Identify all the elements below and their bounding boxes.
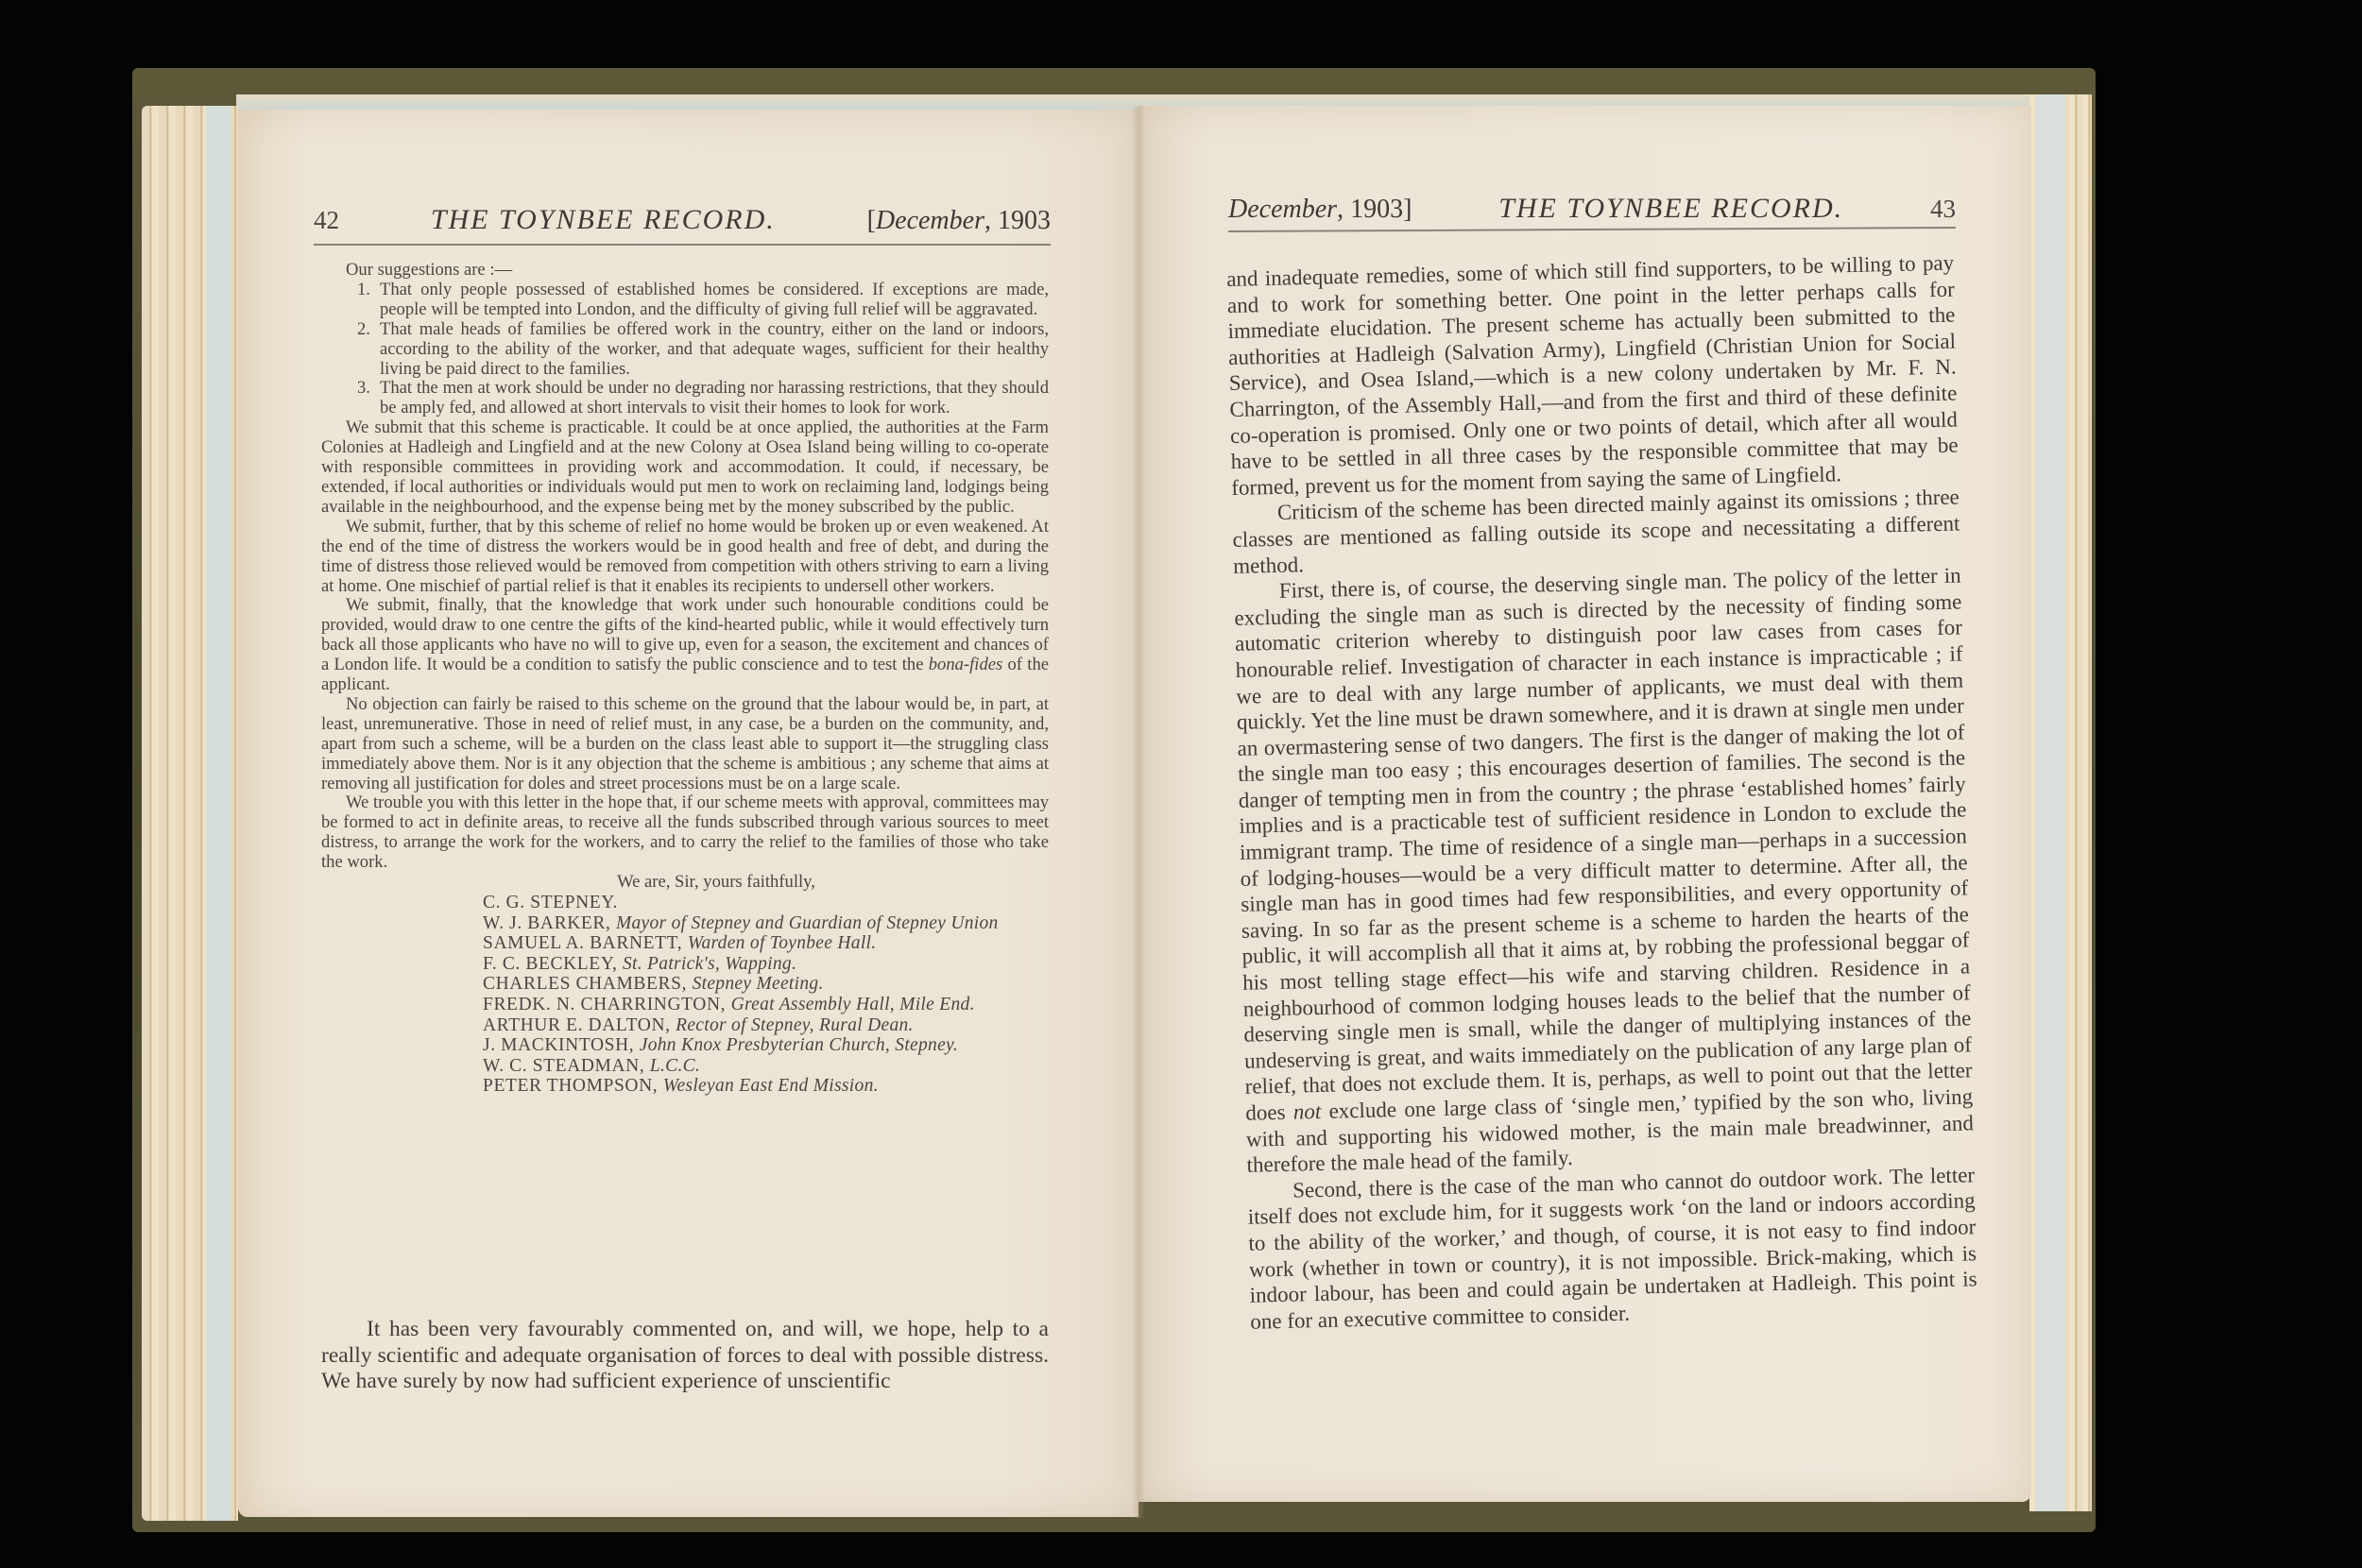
- letter-body: Our suggestions are :— 1.That only peopl…: [321, 261, 1049, 1097]
- signatory: FREDK. N. CHARRINGTON, Great Assembly Ha…: [321, 995, 1049, 1015]
- page-edge-blue: [2035, 94, 2065, 1511]
- signatory: J. MACKINTOSH, John Knox Presbyterian Ch…: [321, 1035, 1049, 1056]
- paragraph: We submit, finally, that the knowledge t…: [321, 596, 1049, 695]
- paragraph: We submit, further, that by this scheme …: [321, 518, 1049, 597]
- header-rule: [1228, 227, 1956, 232]
- suggestion-item: 1.That only people possessed of establis…: [321, 281, 1049, 320]
- header-rule: [314, 244, 1051, 246]
- signatory: SAMUEL A. BARNETT, Warden of Toynbee Hal…: [321, 933, 1049, 954]
- page-edge-blue: [206, 106, 231, 1521]
- suggestions-list: 1.That only people possessed of establis…: [321, 281, 1049, 418]
- paragraph: We trouble you with this letter in the h…: [321, 793, 1049, 873]
- page-stack-right: [2029, 94, 2092, 1511]
- suggestion-item: 3.That the men at work should be under n…: [321, 379, 1049, 418]
- signatory: CHARLES CHAMBERS, Stepney Meeting.: [321, 974, 1049, 995]
- journal-title: THE TOYNBEE RECORD.: [1498, 193, 1843, 225]
- paragraph: We submit that this scheme is practicabl…: [321, 418, 1049, 518]
- book-gutter: [1132, 106, 1145, 1518]
- left-page: 42 THE TOYNBEE RECORD. [December, 1903 O…: [238, 110, 1138, 1517]
- article-body: and inadequate remedies, some of which s…: [1226, 250, 1977, 1336]
- page-number: 43: [1930, 195, 1956, 224]
- signatory: F. C. BECKLEY, St. Patrick's, Wapping.: [321, 954, 1049, 975]
- closing-line: We are, Sir, yours faithfully,: [321, 873, 1049, 893]
- signatory: W. J. BARKER, Mayor of Stepney and Guard…: [321, 913, 1049, 934]
- suggestion-item: 2.That male heads of families be offered…: [321, 320, 1049, 380]
- running-head-right: December, 1903] THE TOYNBEE RECORD. 43: [1228, 193, 1956, 225]
- page-number: 42: [314, 206, 339, 235]
- editorial-commentary: It has been very favourably commented on…: [321, 1317, 1049, 1395]
- paragraph: First, there is, of course, the deservin…: [1234, 563, 1975, 1179]
- paragraph: and inadequate remedies, some of which s…: [1226, 250, 1959, 502]
- signatory: W. C. STEADMAN, L.C.C.: [321, 1056, 1049, 1077]
- signatories-list: C. G. STEPNEY. W. J. BARKER, Mayor of St…: [321, 893, 1049, 1097]
- issue-date: December, 1903]: [1228, 195, 1412, 225]
- journal-title: THE TOYNBEE RECORD.: [431, 204, 776, 236]
- issue-date: [December, 1903: [867, 206, 1051, 236]
- signatory: PETER THOMPSON, Wesleyan East End Missio…: [321, 1076, 1049, 1097]
- paragraph: No objection can fairly be raised to thi…: [321, 695, 1049, 794]
- right-page: December, 1903] THE TOYNBEE RECORD. 43 a…: [1138, 106, 2031, 1502]
- signatory: ARTHUR E. DALTON, Rector of Stepney, Rur…: [321, 1015, 1049, 1036]
- running-head-left: 42 THE TOYNBEE RECORD. [December, 1903: [314, 204, 1051, 236]
- suggestions-intro: Our suggestions are :—: [321, 261, 1049, 281]
- paragraph: Second, there is the case of the man who…: [1247, 1162, 1978, 1335]
- paragraph: It has been very favourably commented on…: [321, 1317, 1049, 1395]
- signatory: C. G. STEPNEY.: [321, 893, 1049, 913]
- page-stack-left: [142, 106, 238, 1521]
